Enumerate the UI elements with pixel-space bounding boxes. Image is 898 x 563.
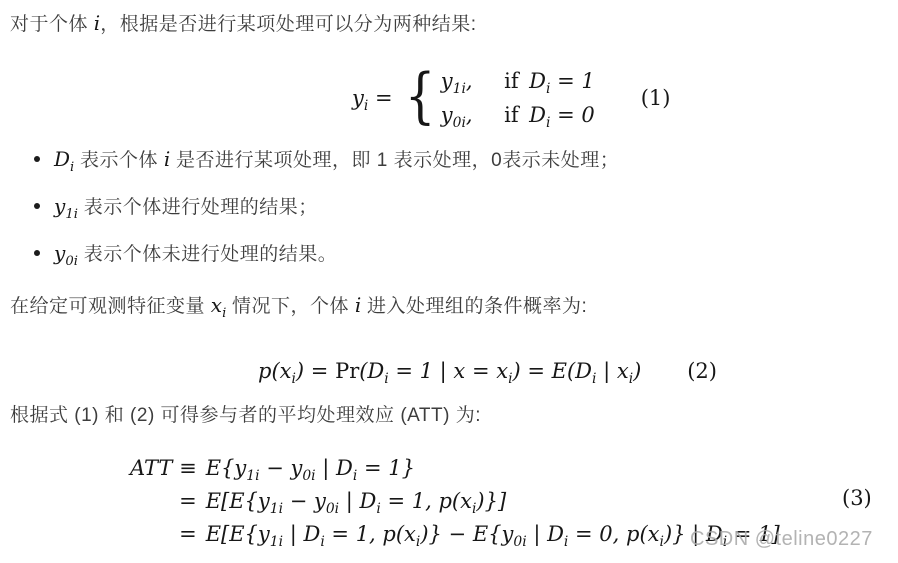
equation-3-row2-lhs: =: [130, 485, 197, 518]
bullet-icon: [34, 250, 40, 256]
paragraph-att: 根据式 (1) 和 (2) 可得参与者的平均处理效应 (ATT) 为:: [10, 400, 481, 427]
equation-1-case-treated: y1i, if Di = 1: [441, 67, 595, 96]
equation-3: ATT ≡ E{y1i − y0i | Di = 1} = E[E{y1i − …: [130, 452, 780, 551]
bullet-item-y1i: y1i 表示个体进行处理的结果；: [54, 193, 318, 221]
equation-3-row1-lhs: ATT ≡: [130, 452, 197, 485]
bullet-item-di: Di 表示个体 i 是否进行某项处理，即 1 表示处理，0表示未处理；: [54, 146, 619, 174]
list-item: Di 表示个体 i 是否进行某项处理，即 1 表示处理，0表示未处理；: [34, 146, 619, 174]
bullet-icon: [34, 156, 40, 162]
equation-3-row3-lhs: =: [130, 518, 197, 551]
cases-brace-icon: {: [404, 66, 435, 126]
bullet-list: Di 表示个体 i 是否进行某项处理，即 1 表示处理，0表示未处理； y1i …: [34, 146, 619, 287]
equation-2-number: (2): [687, 359, 717, 383]
equation-3-row2-rhs: E[E{y1i − y0i | Di = 1, p(xi)}]: [206, 485, 780, 518]
list-item: y0i 表示个体未进行处理的结果。: [34, 240, 619, 268]
equation-3-row1-rhs: E{y1i − y0i | Di = 1}: [206, 452, 780, 485]
equation-1-case-untreated: y0i, if Di = 0: [441, 101, 595, 130]
equation-1: yi = { y1i, if Di = 1 y0i, if Di = 0 (1): [352, 66, 670, 130]
paragraph-propensity: 在给定可观测特征变量 xi 情况下，个体 i 进入处理组的条件概率为:: [10, 291, 587, 318]
equation-1-number: (1): [641, 86, 671, 110]
equation-2-body: p(xi) = Pr(Di = 1 | x = xi) = E(Di | xi): [258, 360, 641, 383]
article-page: { "page": { "background": "#ffffff", "te…: [0, 0, 898, 563]
equation-3-number: (3): [842, 486, 872, 510]
bullet-item-y0i: y0i 表示个体未进行处理的结果。: [54, 240, 337, 268]
paragraph-intro: 对于个体 i，根据是否进行某项处理可以分为两种结果:: [10, 9, 476, 36]
equation-1-lhs: yi =: [352, 86, 393, 111]
equation-2: p(xi) = Pr(Di = 1 | x = xi) = E(Di | xi)…: [258, 359, 717, 384]
bullet-icon: [34, 203, 40, 209]
equation-1-cases: y1i, if Di = 1 y0i, if Di = 0: [441, 67, 595, 130]
list-item: y1i 表示个体进行处理的结果；: [34, 193, 619, 221]
watermark: CSDN @teline0227: [690, 528, 873, 551]
